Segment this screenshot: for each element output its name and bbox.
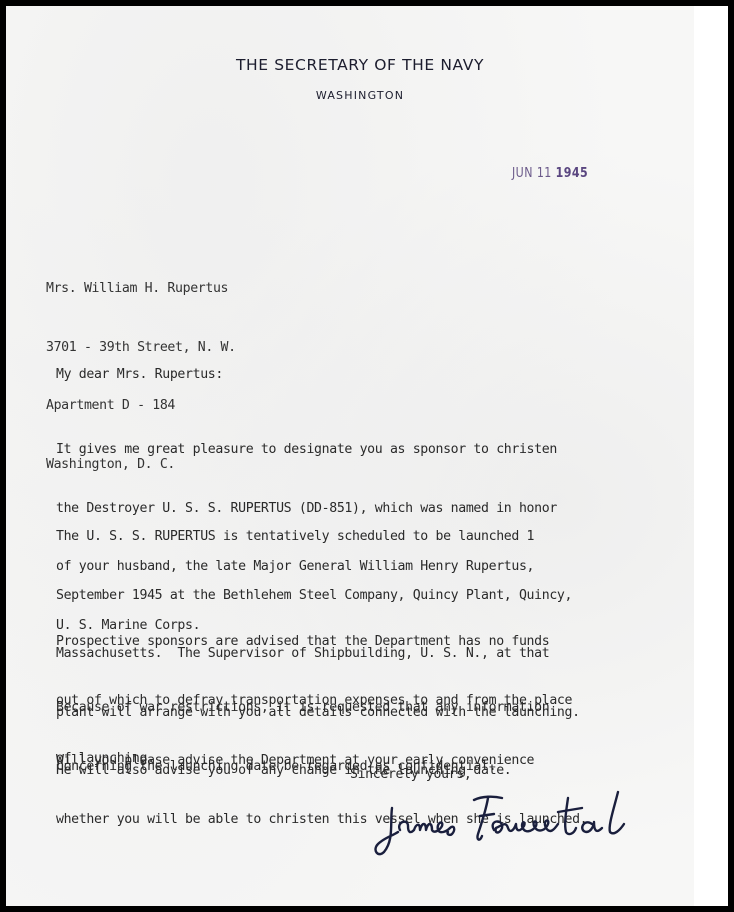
date-stamp-year: 1945 — [556, 166, 588, 181]
salutation: My dear Mrs. Rupertus: — [56, 365, 223, 385]
address-line: Mrs. William H. Rupertus — [46, 279, 236, 299]
letterhead-title: THE SECRETARY OF THE NAVY — [0, 56, 720, 74]
letterhead-location: WASHINGTON — [0, 89, 720, 102]
signature: James Forrestal — [370, 778, 700, 858]
address-line: 3701 - 39th Street, N. W. — [46, 338, 236, 358]
paragraph-line: It gives me great pleasure to designate … — [56, 440, 557, 460]
paragraph-line: Prospective sponsors are advised that th… — [56, 632, 572, 652]
date-stamp-month-day: JUN 11 — [512, 166, 552, 181]
paragraph-line: Will you please advise the Department at… — [56, 751, 587, 771]
paragraph-line: The U. S. S. RUPERTUS is tentatively sch… — [56, 527, 580, 547]
date-stamp: JUN 11 1945 — [512, 166, 588, 181]
